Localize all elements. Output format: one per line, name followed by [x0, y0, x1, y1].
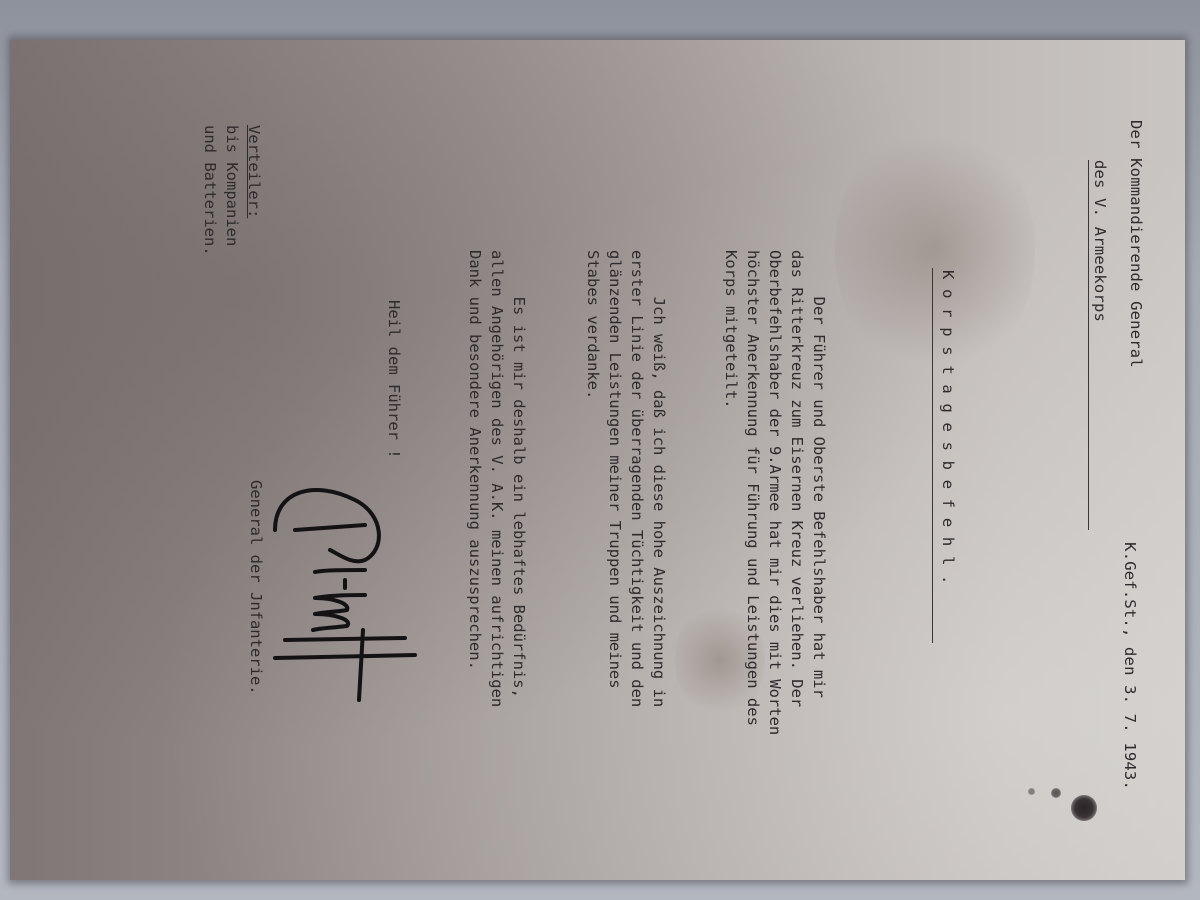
- paper-stain: [835, 120, 1035, 380]
- paragraph-line: Oberbefehlshaber der 9.Armee hat mir die…: [764, 250, 786, 735]
- ink-blot: [1051, 788, 1061, 798]
- ink-blot: [1071, 795, 1097, 821]
- paragraph-2: Jch weiß, daß ich diese hohe Auszeichnun…: [582, 250, 670, 707]
- paragraph-line: höchster Anerkennung für Führung und Lei…: [742, 250, 764, 735]
- issuer-line-2: des V. Armeekorps: [1091, 160, 1109, 322]
- paragraph-line: Dank und besondere Anerkennung auszuspre…: [464, 250, 486, 707]
- paragraph-3: Es ist mir deshalb ein lebhaftes Bedürfn…: [464, 250, 530, 707]
- title-underline: [932, 268, 933, 643]
- paragraph-line: erster Linie der überragenden Tüchtigkei…: [626, 250, 648, 707]
- paragraph-line: glänzenden Leistungen meiner Truppen und…: [604, 250, 626, 707]
- paragraph-line: Es ist mir deshalb ein lebhaftes Bedürfn…: [508, 250, 530, 707]
- distribution-list: Verteiler: bis Kompanien und Batterien.: [199, 125, 265, 256]
- document-sheet: Der Kommandierende General des V. Armeek…: [10, 40, 1185, 880]
- distribution-heading: Verteiler:: [243, 125, 265, 256]
- paragraph-line: Stabes verdanke.: [582, 250, 604, 707]
- distribution-line: und Batterien.: [199, 125, 221, 256]
- document-title: K o r p s t a g e s b e f e h l .: [939, 270, 957, 585]
- paragraph-line: Korps mitgeteilt.: [720, 250, 742, 735]
- handwritten-signature: [265, 470, 425, 720]
- issuer-line-1: Der Kommandierende General: [1127, 120, 1145, 368]
- issuer-underline: [1088, 160, 1089, 530]
- document-paper: Der Kommandierende General des V. Armeek…: [10, 40, 1185, 880]
- paragraph-line: das Ritterkreuz zum Eisernen Kreuz verli…: [786, 250, 808, 735]
- closing-greeting: Heil dem Führer !: [385, 300, 403, 459]
- issuer-block: Der Kommandierende General des V. Armeek…: [1055, 120, 1145, 177]
- paragraph-line: allen Angehörigen des V. A.K. meinen auf…: [486, 250, 508, 707]
- distribution-line: bis Kompanien: [221, 125, 243, 256]
- ink-blot: [1028, 788, 1035, 795]
- paragraph-line: Der Führer und Oberste Befehlshaber hat …: [808, 250, 830, 735]
- paragraph-1: Der Führer und Oberste Befehlshaber hat …: [720, 250, 830, 735]
- place-date: K.Gef.St., den 3. 7. 1943.: [1121, 542, 1139, 790]
- paragraph-line: Jch weiß, daß ich diese hohe Auszeichnun…: [648, 250, 670, 707]
- signatory-rank: General der Jnfanterie.: [247, 480, 265, 695]
